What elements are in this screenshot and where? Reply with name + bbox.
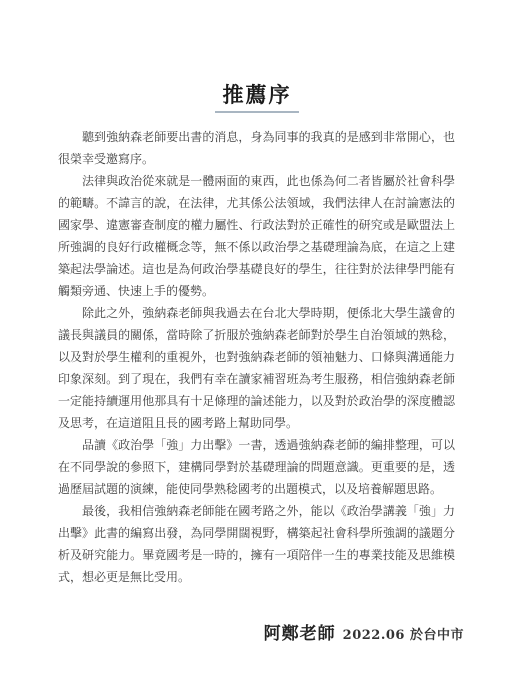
document-page: 推薦序 聽到強納森老師要出書的消息，身為同事的我真的是感到非常開心，也很榮幸受邀… [0,0,517,700]
paragraph-4: 品讀《政治學「強」力出擊》一書，透過強納森老師的編排整理，可以在不同學說的參照下… [58,434,455,500]
paragraph-3: 除此之外，強納森老師與我過去在台北大學時期，便係北大學生議會的議長與議員的關係，… [58,302,455,434]
signature-date-place: 2022.06 於台中市 [343,628,464,643]
paragraph-2: 法律與政治從來就是一體兩面的東西，此也係為何二者皆屬於社會科學的範疇。不諱言的說… [58,170,455,302]
page-title: 推薦序 [58,0,456,106]
preface-body: 聽到強納森老師要出書的消息，身為同事的我真的是感到非常開心，也很榮幸受邀寫序。 … [58,126,455,588]
title-underline [215,111,299,113]
signature-author: 阿鄭老師 [264,624,336,644]
content-column: 推薦序 聽到強納森老師要出書的消息，身為同事的我真的是感到非常開心，也很榮幸受邀… [58,0,456,649]
paragraph-5: 最後，我相信強納森老師能在國考路之外，能以《政治學講義「強」力出擊》此書的編寫出… [58,500,455,588]
signature-line: 阿鄭老師2022.06 於台中市 [58,621,464,649]
paragraph-1: 聽到強納森老師要出書的消息，身為同事的我真的是感到非常開心，也很榮幸受邀寫序。 [58,126,455,170]
